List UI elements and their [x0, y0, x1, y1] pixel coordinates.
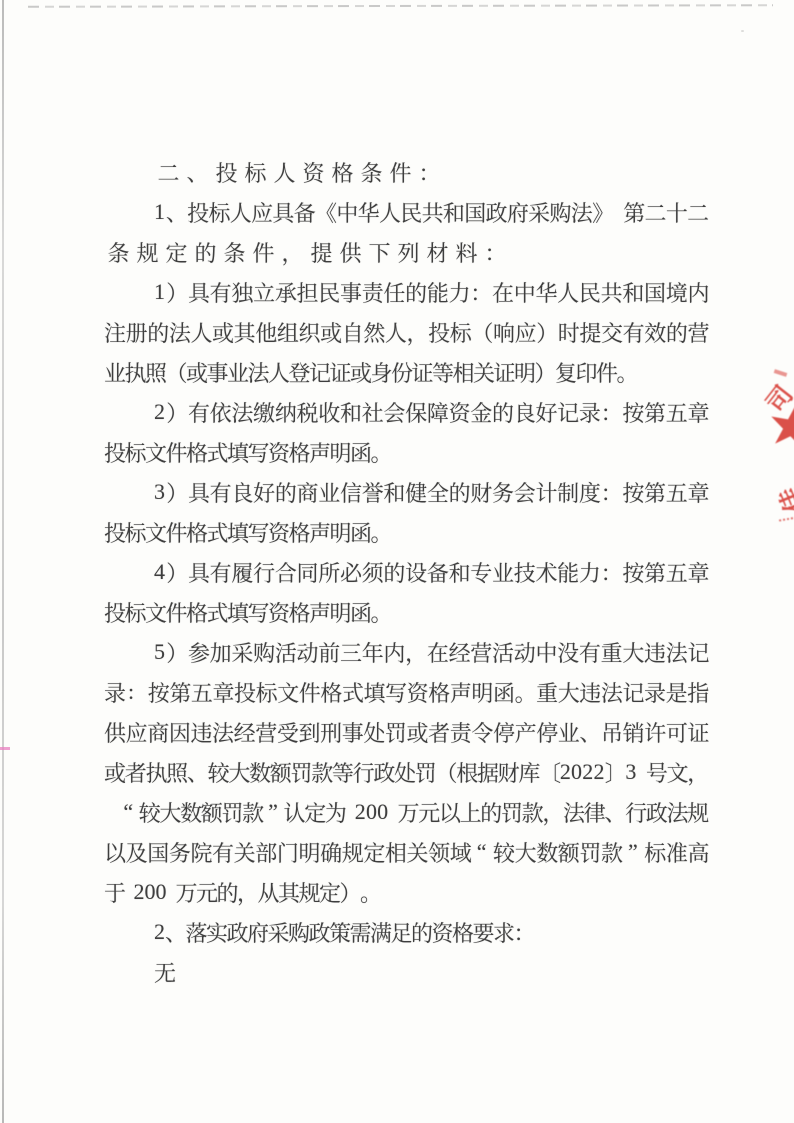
text-line: 3）具有良好的商业信誉和健全的财务会计制度：按第五章 — [104, 472, 708, 512]
text-line: 2）有依法缴纳税收和社会保障资金的良好记录：按第五章 — [104, 392, 708, 432]
text-line: 条规定的条件，提供下列材料： — [104, 232, 708, 272]
text-line: 投标文件格式填写资格声明函。 — [104, 432, 708, 472]
text-line: 投标文件格式填写资格声明函。 — [104, 592, 708, 632]
document-body-text: 二、投标人资格条件：1、投标人应具备《中华人民共和国政府采购法》 第二十二条规定… — [104, 152, 708, 992]
text-line: 以及国务院有关部门明确规定相关领域“较大数额罚款”标准高 — [104, 832, 708, 872]
scanned-document-page: 二、投标人资格条件：1、投标人应具备《中华人民共和国政府采购法》 第二十二条规定… — [0, 0, 794, 1123]
text-line: 1、投标人应具备《中华人民共和国政府采购法》 第二十二 — [104, 192, 708, 232]
scan-artifact-top-edge — [28, 4, 773, 8]
text-line: “较大数额罚款”认定为 200 万元以上的罚款，法律、行政法规 — [104, 792, 708, 832]
text-line: 1）具有独立承担民事责任的能力：在中华人民共和国境内 — [104, 272, 708, 312]
scan-artifact-pink-tick — [0, 747, 10, 750]
text-line: 5）参加采购活动前三年内，在经营活动中没有重大违法记 — [104, 632, 708, 672]
text-line: 2、落实政府采购政策需满足的资格要求： — [104, 912, 708, 952]
text-line: 4）具有履行合同所必须的设备和专业技术能力：按第五章 — [104, 552, 708, 592]
text-line: 业执照（或事业法人登记证或身份证等相关证明）复印件。 — [104, 352, 708, 392]
stamp-partial-char — [774, 369, 788, 377]
text-line: 供应商因违法经营受到刑事处罚或者责令停产停业、吊销许可证 — [104, 712, 708, 752]
text-line: 无 — [104, 952, 708, 992]
text-line: 于 200 万元的，从其规定）。 — [104, 872, 708, 912]
text-line: 录: 按第五章投标文件格式填写资格声明函。重大违法记录是指 — [104, 672, 708, 712]
text-line: 二、投标人资格条件： — [104, 152, 708, 192]
official-red-stamp: 司 ★ 佳 — [740, 360, 794, 540]
text-line: 注册的法人或其他组织或自然人，投标（响应）时提交有效的营 — [104, 312, 708, 352]
scan-artifact-dot — [741, 30, 744, 32]
stamp-character-bottom: 佳 — [769, 482, 794, 519]
text-line: 投标文件格式填写资格声明函。 — [104, 512, 708, 552]
scan-artifact-left-edge — [2, 0, 4, 1123]
text-line: 或者执照、较大数额罚款等行政处罚（根据财库〔2022〕3 号文， — [104, 752, 708, 792]
